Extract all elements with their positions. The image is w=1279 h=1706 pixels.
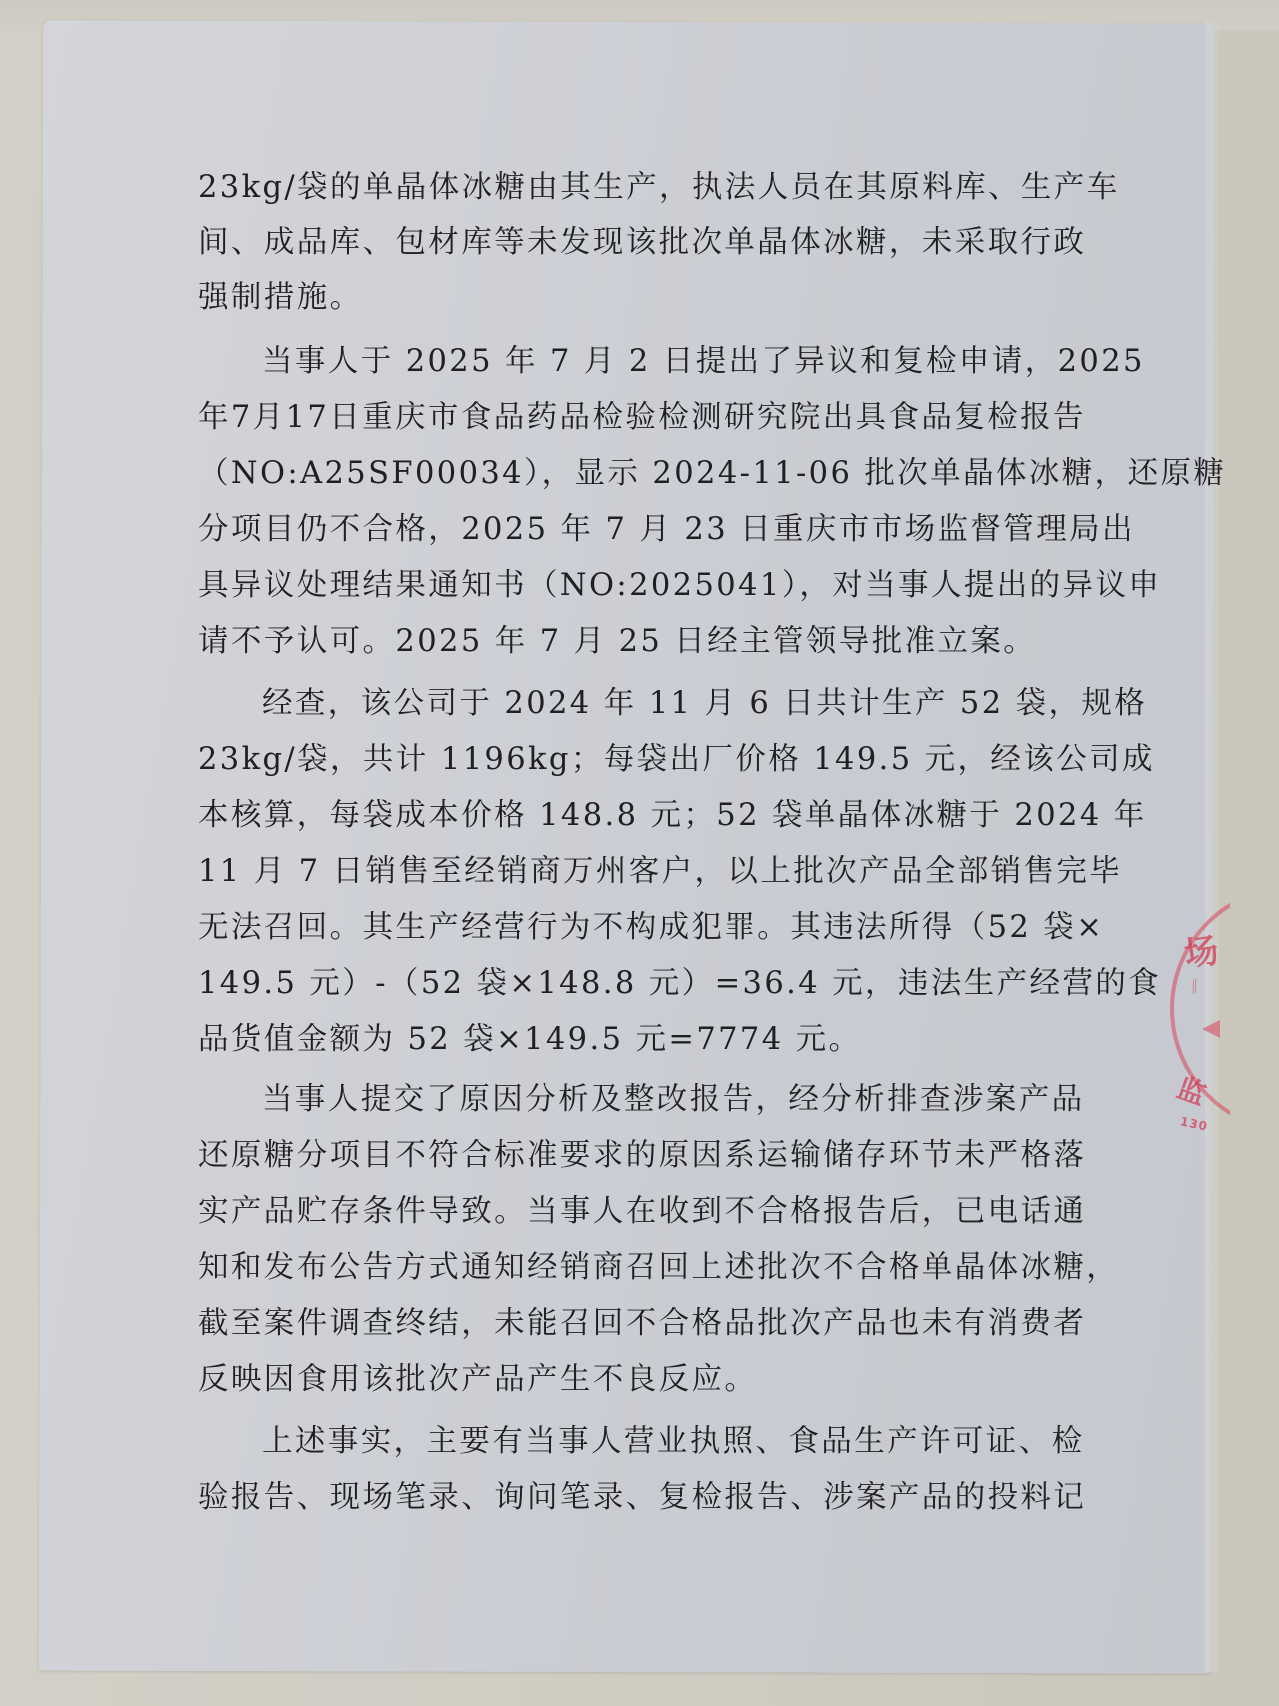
text-line: 23kg/袋的单晶体冰糖由其生产，执法人员在其原料库、生产车 bbox=[198, 168, 1120, 208]
seal-character: 监 bbox=[1172, 1066, 1212, 1113]
text-line: 间、成品库、包材库等未发现该批次单晶体冰糖，未采取行政 bbox=[198, 223, 1086, 263]
seal-number: 130 bbox=[1179, 1114, 1209, 1134]
text-line: 149.5 元）-（52 袋×148.8 元）=36.4 元，违法生产经营的食 bbox=[198, 964, 1161, 1004]
text-line: （NO:A25SF00034），显示 2024-11-06 批次单晶体冰糖，还原… bbox=[198, 454, 1226, 494]
seal-triangle-icon bbox=[1202, 1020, 1220, 1038]
text-line: 本核算，每袋成本价格 148.8 元；52 袋单晶体冰糖于 2024 年 bbox=[198, 796, 1147, 836]
text-line: 知和发布公告方式通知经销商召回上述批次不合格单晶体冰糖， bbox=[198, 1248, 1119, 1288]
text-line: 请不予认可。2025 年 7 月 25 日经主管领导批准立案。 bbox=[198, 622, 1036, 662]
text-line: 11 月 7 日销售至经销商万州客户，以上批次产品全部销售完毕 bbox=[198, 852, 1122, 892]
seal-character: 场 bbox=[1181, 923, 1221, 976]
text-line: 当事人于 2025 年 7 月 2 日提出了异议和复检申请，2025 bbox=[262, 342, 1145, 382]
text-line: 分项目仍不合格，2025 年 7 月 23 日重庆市市场监督管理局出 bbox=[198, 510, 1135, 550]
text-line: 截至案件调查终结，未能召回不合格品批次产品也未有消费者 bbox=[198, 1304, 1086, 1344]
text-line: 上述事实，主要有当事人营业执照、食品生产许可证、检 bbox=[262, 1422, 1085, 1462]
text-line: 还原糖分项目不符合标准要求的原因系运输储存环节未严格落 bbox=[198, 1136, 1086, 1176]
text-line: 验报告、现场笔录、询问笔录、复检报告、涉案产品的投料记 bbox=[198, 1478, 1086, 1518]
text-line: 反映因食用该批次产品产生不良反应。 bbox=[198, 1360, 757, 1400]
text-line: 23kg/袋，共计 1196kg；每袋出厂价格 149.5 元，经该公司成 bbox=[198, 740, 1155, 780]
text-line: 无法召回。其生产经营行为不构成犯罪。其违法所得（52 袋× bbox=[198, 908, 1104, 948]
text-line: 当事人提交了原因分析及整改报告，经分析排查涉案产品 bbox=[262, 1080, 1085, 1120]
text-line: 品货值金额为 52 袋×149.5 元=7774 元。 bbox=[198, 1020, 861, 1060]
official-seal-stamp: 场 ⁄⁄ 监 130 bbox=[1170, 885, 1230, 1145]
text-line: 实产品贮存条件导致。当事人在收到不合格报告后，已电话通 bbox=[198, 1192, 1086, 1232]
text-line: 经查，该公司于 2024 年 11 月 6 日共计生产 52 袋，规格 bbox=[262, 684, 1147, 724]
text-line: 强制措施。 bbox=[198, 278, 363, 318]
text-line: 具异议处理结果通知书（NO:2025041），对当事人提出的异议申 bbox=[198, 566, 1161, 606]
text-line: 年7月17日重庆市食品药品检验检测研究院出具食品复检报告 bbox=[198, 398, 1086, 438]
page-edge bbox=[1205, 22, 1219, 1672]
